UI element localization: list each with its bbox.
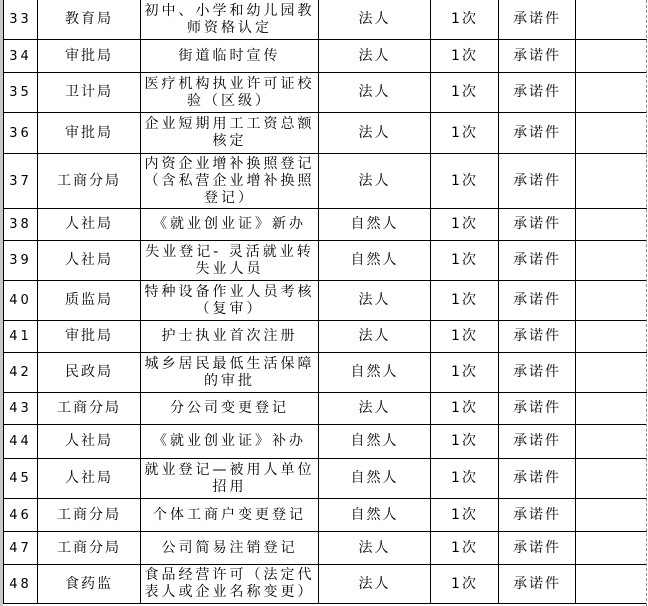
visit-count-cell: 1次 — [431, 353, 499, 393]
note-cell — [576, 459, 647, 499]
table-row: 34审批局街道临时宣传法人1次承诺件 — [4, 40, 647, 73]
note-cell — [576, 393, 647, 425]
table-row: 40质监局特种设备作业人员考核（复审）法人1次承诺件 — [4, 281, 647, 321]
table-row: 35卫计局医疗机构执业许可证校验（区级）法人1次承诺件 — [4, 73, 647, 113]
subject-type-cell: 法人 — [319, 321, 431, 353]
subject-type-cell: 法人 — [319, 154, 431, 209]
department-cell: 工商分局 — [38, 154, 141, 209]
row-number: 44 — [4, 425, 38, 459]
subject-type-cell: 自然人 — [319, 353, 431, 393]
service-name-cell: 公司简易注销登记 — [141, 532, 319, 565]
row-number: 42 — [4, 353, 38, 393]
material-type-cell: 承诺件 — [499, 393, 576, 425]
material-type-cell: 承诺件 — [499, 73, 576, 113]
subject-type-cell: 法人 — [319, 281, 431, 321]
material-type-cell: 承诺件 — [499, 353, 576, 393]
service-name-cell: 企业短期用工工资总额核定 — [141, 113, 319, 154]
department-cell: 教育局 — [38, 0, 141, 40]
department-cell: 工商分局 — [38, 393, 141, 425]
service-name-cell: 分公司变更登记 — [141, 393, 319, 425]
service-name-cell: 《就业创业证》补办 — [141, 425, 319, 459]
material-type-cell: 承诺件 — [499, 281, 576, 321]
table-row: 47工商分局公司简易注销登记法人1次承诺件 — [4, 532, 647, 565]
table-row: 42民政局城乡居民最低生活保障的审批自然人1次承诺件 — [4, 353, 647, 393]
visit-count-cell: 1次 — [431, 459, 499, 499]
material-type-cell: 承诺件 — [499, 154, 576, 209]
material-type-cell: 承诺件 — [499, 241, 576, 281]
material-type-cell: 承诺件 — [499, 565, 576, 604]
subject-type-cell: 法人 — [319, 40, 431, 73]
subject-type-cell: 法人 — [319, 113, 431, 154]
service-name-cell: 内资企业增补换照登记（含私营企业增补换照登记） — [141, 154, 319, 209]
visit-count-cell: 1次 — [431, 393, 499, 425]
table-row: 33教育局初中、小学和幼儿园教师资格认定法人1次承诺件 — [4, 0, 647, 40]
row-number: 45 — [4, 459, 38, 499]
row-number: 46 — [4, 499, 38, 532]
department-cell: 民政局 — [38, 353, 141, 393]
material-type-cell: 承诺件 — [499, 40, 576, 73]
visit-count-cell: 1次 — [431, 241, 499, 281]
service-name-cell: 医疗机构执业许可证校验（区级） — [141, 73, 319, 113]
subject-type-cell: 法人 — [319, 73, 431, 113]
note-cell — [576, 154, 647, 209]
subject-type-cell: 自然人 — [319, 241, 431, 281]
row-number: 47 — [4, 532, 38, 565]
subject-type-cell: 法人 — [319, 532, 431, 565]
service-name-cell: 就业登记—被用人单位招用 — [141, 459, 319, 499]
subject-type-cell: 法人 — [319, 0, 431, 40]
note-cell — [576, 40, 647, 73]
table-row: 43工商分局分公司变更登记法人1次承诺件 — [4, 393, 647, 425]
subject-type-cell: 自然人 — [319, 209, 431, 241]
table-row: 48食药监食品经营许可（法定代表人或企业名称变更）法人1次承诺件 — [4, 565, 647, 604]
row-number: 35 — [4, 73, 38, 113]
department-cell: 工商分局 — [38, 499, 141, 532]
service-table: 33教育局初中、小学和幼儿园教师资格认定法人1次承诺件34审批局街道临时宣传法人… — [3, 0, 647, 604]
visit-count-cell: 1次 — [431, 281, 499, 321]
visit-count-cell: 1次 — [431, 425, 499, 459]
material-type-cell: 承诺件 — [499, 499, 576, 532]
service-name-cell: 护士执业首次注册 — [141, 321, 319, 353]
visit-count-cell: 1次 — [431, 40, 499, 73]
row-number: 37 — [4, 154, 38, 209]
note-cell — [576, 73, 647, 113]
table-row: 38人社局《就业创业证》新办自然人1次承诺件 — [4, 209, 647, 241]
department-cell: 审批局 — [38, 40, 141, 73]
table-row: 39人社局失业登记- 灵活就业转失业人员自然人1次承诺件 — [4, 241, 647, 281]
table-row: 46工商分局个体工商户变更登记自然人1次承诺件 — [4, 499, 647, 532]
note-cell — [576, 321, 647, 353]
material-type-cell: 承诺件 — [499, 532, 576, 565]
material-type-cell: 承诺件 — [499, 321, 576, 353]
service-name-cell: 初中、小学和幼儿园教师资格认定 — [141, 0, 319, 40]
row-number: 33 — [4, 0, 38, 40]
subject-type-cell: 法人 — [319, 565, 431, 604]
row-number: 40 — [4, 281, 38, 321]
visit-count-cell: 1次 — [431, 154, 499, 209]
visit-count-cell: 1次 — [431, 499, 499, 532]
visit-count-cell: 1次 — [431, 113, 499, 154]
table-row: 37工商分局内资企业增补换照登记（含私营企业增补换照登记）法人1次承诺件 — [4, 154, 647, 209]
department-cell: 审批局 — [38, 113, 141, 154]
service-name-cell: 街道临时宣传 — [141, 40, 319, 73]
department-cell: 质监局 — [38, 281, 141, 321]
department-cell: 人社局 — [38, 209, 141, 241]
service-name-cell: 个体工商户变更登记 — [141, 499, 319, 532]
table-row: 41审批局护士执业首次注册法人1次承诺件 — [4, 321, 647, 353]
row-number: 41 — [4, 321, 38, 353]
note-cell — [576, 241, 647, 281]
row-number: 43 — [4, 393, 38, 425]
table-row: 44人社局《就业创业证》补办自然人1次承诺件 — [4, 425, 647, 459]
visit-count-cell: 1次 — [431, 532, 499, 565]
visit-count-cell: 1次 — [431, 73, 499, 113]
visit-count-cell: 1次 — [431, 209, 499, 241]
subject-type-cell: 自然人 — [319, 459, 431, 499]
note-cell — [576, 425, 647, 459]
department-cell: 人社局 — [38, 459, 141, 499]
subject-type-cell: 法人 — [319, 393, 431, 425]
note-cell — [576, 499, 647, 532]
subject-type-cell: 自然人 — [319, 425, 431, 459]
department-cell: 人社局 — [38, 241, 141, 281]
visit-count-cell: 1次 — [431, 0, 499, 40]
department-cell: 工商分局 — [38, 532, 141, 565]
material-type-cell: 承诺件 — [499, 0, 576, 40]
material-type-cell: 承诺件 — [499, 459, 576, 499]
service-name-cell: 失业登记- 灵活就业转失业人员 — [141, 241, 319, 281]
row-number: 34 — [4, 40, 38, 73]
department-cell: 食药监 — [38, 565, 141, 604]
page-break-line — [646, 0, 647, 606]
visit-count-cell: 1次 — [431, 321, 499, 353]
note-cell — [576, 353, 647, 393]
row-number: 36 — [4, 113, 38, 154]
note-cell — [576, 281, 647, 321]
table-row: 36审批局企业短期用工工资总额核定法人1次承诺件 — [4, 113, 647, 154]
service-name-cell: 《就业创业证》新办 — [141, 209, 319, 241]
table-row: 45人社局就业登记—被用人单位招用自然人1次承诺件 — [4, 459, 647, 499]
visit-count-cell: 1次 — [431, 565, 499, 604]
material-type-cell: 承诺件 — [499, 209, 576, 241]
note-cell — [576, 0, 647, 40]
department-cell: 卫计局 — [38, 73, 141, 113]
service-name-cell: 特种设备作业人员考核（复审） — [141, 281, 319, 321]
row-number: 38 — [4, 209, 38, 241]
row-number: 39 — [4, 241, 38, 281]
note-cell — [576, 532, 647, 565]
note-cell — [576, 113, 647, 154]
department-cell: 人社局 — [38, 425, 141, 459]
note-cell — [576, 565, 647, 604]
material-type-cell: 承诺件 — [499, 425, 576, 459]
material-type-cell: 承诺件 — [499, 113, 576, 154]
service-name-cell: 食品经营许可（法定代表人或企业名称变更） — [141, 565, 319, 604]
row-number: 48 — [4, 565, 38, 604]
subject-type-cell: 自然人 — [319, 499, 431, 532]
service-name-cell: 城乡居民最低生活保障的审批 — [141, 353, 319, 393]
department-cell: 审批局 — [38, 321, 141, 353]
note-cell — [576, 209, 647, 241]
